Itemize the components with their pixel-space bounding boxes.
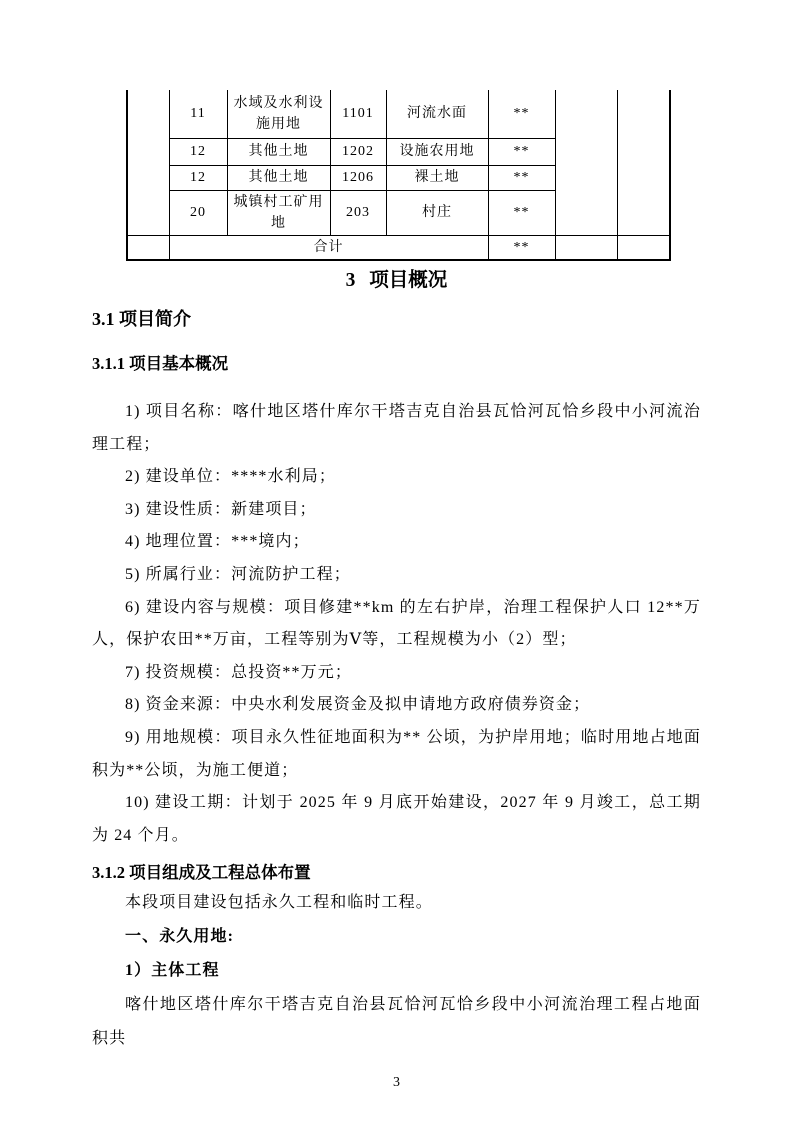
table-cell-category: 其他土地	[227, 165, 330, 190]
list-item-4: 4) 地理位置：***境内；	[92, 526, 701, 559]
table-cell-area: **	[488, 90, 555, 138]
table-cell-name: 裸土地	[386, 165, 488, 190]
table-cell-name: 设施农用地	[386, 138, 488, 165]
table-cell-area: **	[488, 165, 555, 190]
list-item-3: 3) 建设性质：新建项目；	[92, 494, 701, 527]
page-number: 3	[92, 1074, 701, 1092]
table-row: 11 水域及水利设施用地 1101 河流水面 **	[127, 90, 670, 138]
table-cell-name: 河流水面	[386, 90, 488, 138]
table-cell-name: 村庄	[386, 190, 488, 235]
chapter-title: 3 项目概况	[92, 268, 701, 294]
table-cell-empty	[555, 235, 617, 260]
heading-permanent-land: 一、永久用地:	[92, 920, 701, 954]
table-cell-total-label: 合计	[169, 235, 488, 260]
paragraph-main-works: 喀什地区塔什库尔干塔吉克自治县瓦恰河瓦恰乡段中小河流治理工程占地面积共	[92, 988, 701, 1056]
document-page: 11 水域及水利设施用地 1101 河流水面 ** 12 其他土地 1202 设…	[0, 0, 793, 1122]
table-cell-category: 水域及水利设施用地	[227, 90, 330, 138]
table-cell-seq: 12	[169, 165, 227, 190]
table-cell-category: 其他土地	[227, 138, 330, 165]
paragraph-intro: 本段项目建设包括永久工程和临时工程。	[92, 886, 701, 920]
table-cell-empty	[617, 235, 670, 260]
table-cell-total-area: **	[488, 235, 555, 260]
list-item-1: 1) 项目名称：喀什地区塔什库尔干塔吉克自治县瓦恰河瓦恰乡段中小河流治理工程；	[92, 396, 701, 461]
table-row-total: 合计 **	[127, 235, 670, 260]
section-3-1-1-title: 3.1.1 项目基本概况	[92, 353, 701, 375]
heading-main-works: 1）主体工程	[92, 954, 701, 988]
land-use-table: 11 水域及水利设施用地 1101 河流水面 ** 12 其他土地 1202 设…	[126, 90, 671, 261]
list-item-8: 8) 资金来源：中央水利发展资金及拟申请地方政府债券资金；	[92, 689, 701, 722]
page-content: 11 水域及水利设施用地 1101 河流水面 ** 12 其他土地 1202 设…	[0, 0, 793, 1092]
table-cell-category: 城镇村工矿用地	[227, 190, 330, 235]
table-cell-seq: 12	[169, 138, 227, 165]
table-cell-seq: 11	[169, 90, 227, 138]
table-cell-area: **	[488, 190, 555, 235]
section-3-1-2-title: 3.1.2 项目组成及工程总体布置	[92, 862, 701, 884]
table-cell-empty	[617, 90, 670, 235]
table-cell-code: 1206	[330, 165, 386, 190]
table-cell-code: 203	[330, 190, 386, 235]
table-cell-seq: 20	[169, 190, 227, 235]
table-cell-code: 1202	[330, 138, 386, 165]
list-item-2: 2) 建设单位：****水利局；	[92, 461, 701, 494]
list-item-5: 5) 所属行业：河流防护工程；	[92, 559, 701, 592]
table-cell-area: **	[488, 138, 555, 165]
table-cell-empty	[127, 90, 169, 235]
table-cell-empty	[555, 90, 617, 235]
table-cell-code: 1101	[330, 90, 386, 138]
section-3-1-2-body: 本段项目建设包括永久工程和临时工程。 一、永久用地: 1）主体工程 喀什地区塔什…	[92, 886, 701, 1056]
table-cell-empty	[127, 235, 169, 260]
list-item-6: 6) 建设内容与规模：项目修建**km 的左右护岸，治理工程保护人口 12**万…	[92, 592, 701, 657]
section-3-1-title: 3.1 项目简介	[92, 307, 701, 331]
section-3-1-1-body: 1) 项目名称：喀什地区塔什库尔干塔吉克自治县瓦恰河瓦恰乡段中小河流治理工程； …	[92, 396, 701, 852]
list-item-9: 9) 用地规模：项目永久性征地面积为** 公顷，为护岸用地；临时用地占地面积为*…	[92, 722, 701, 787]
list-item-10: 10) 建设工期：计划于 2025 年 9 月底开始建设，2027 年 9 月竣…	[92, 787, 701, 852]
list-item-7: 7) 投资规模：总投资**万元；	[92, 657, 701, 690]
